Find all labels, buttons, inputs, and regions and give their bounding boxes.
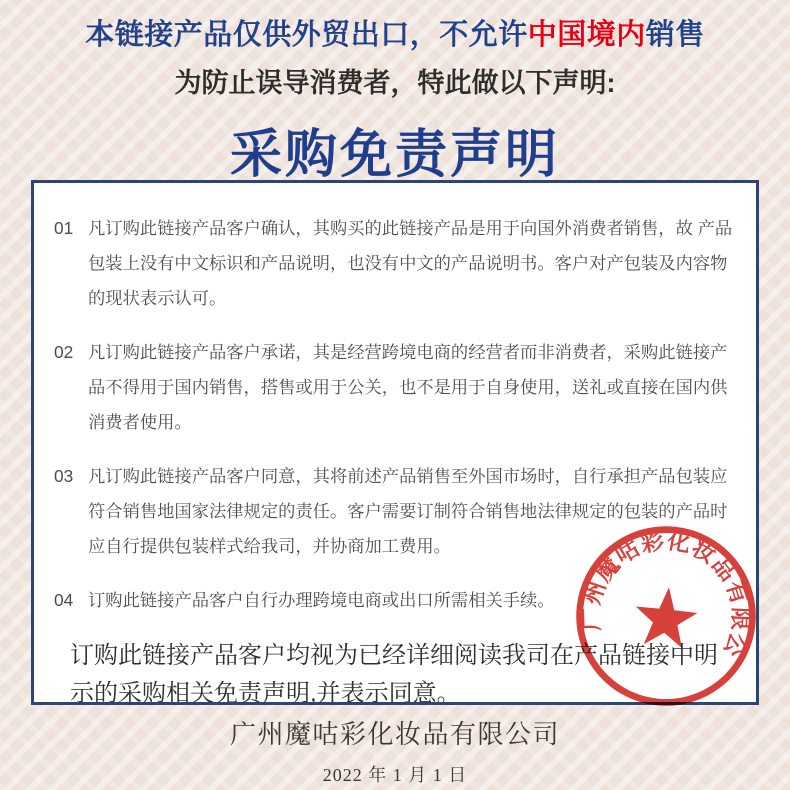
statement-item-4: 04 订购此链接产品客户自行办理跨境电商或出口所需相关手续。 — [54, 583, 736, 618]
purpose-statement: 为防止误导消费者，特此做以下声明: — [0, 61, 790, 100]
statement-text: 凡订购此链接产品客户承诺，其是经营跨境电商的经营者而非消费者，采购此链接产品不得… — [88, 335, 736, 440]
statement-text: 凡订购此链接产品客户确认，其购买的此链接产品是用于向国外消费者销售，故 产品包装… — [88, 211, 736, 316]
notice-highlight-china-domestic: 中国境内 — [528, 19, 646, 51]
company-name: 广州魔咕彩化妆品有限公司 — [0, 714, 790, 751]
statement-text: 凡订购此链接产品客户同意，其将前述产品销售至外国市场时，自行承担产品包装应符合销… — [88, 459, 736, 564]
statement-number: 03 — [54, 459, 88, 494]
statement-box: 01 凡订购此链接产品客户确认，其购买的此链接产品是用于向国外消费者销售，故 产… — [31, 180, 759, 705]
export-only-notice: 本链接产品仅供外贸出口，不允许中国境内销售 — [0, 0, 790, 53]
agreement-summary: 订购此链接产品客户均视为已经详细阅读我司在产品链接中明示的采购相关免责声明,并表… — [70, 637, 736, 705]
statement-text: 订购此链接产品客户自行办理跨境电商或出口所需相关手续。 — [88, 583, 555, 618]
statement-date: 2022 年 1 月 1 日 — [0, 761, 790, 787]
page-title: 采购免责声明 — [0, 112, 790, 187]
statement-number: 04 — [54, 583, 88, 618]
statement-item-3: 03 凡订购此链接产品客户同意，其将前述产品销售至外国市场时，自行承担产品包装应… — [54, 459, 736, 564]
statement-item-2: 02 凡订购此链接产品客户承诺，其是经营跨境电商的经营者而非消费者，采购此链接产… — [54, 335, 736, 440]
notice-prefix: 本链接产品仅供外贸出口，不允许 — [85, 19, 528, 51]
footer: 广州魔咕彩化妆品有限公司 2022 年 1 月 1 日 — [0, 714, 790, 787]
statement-number: 02 — [54, 335, 88, 370]
notice-suffix: 销售 — [646, 19, 705, 51]
statement-number: 01 — [54, 211, 88, 246]
statement-item-1: 01 凡订购此链接产品客户确认，其购买的此链接产品是用于向国外消费者销售，故 产… — [54, 211, 736, 316]
